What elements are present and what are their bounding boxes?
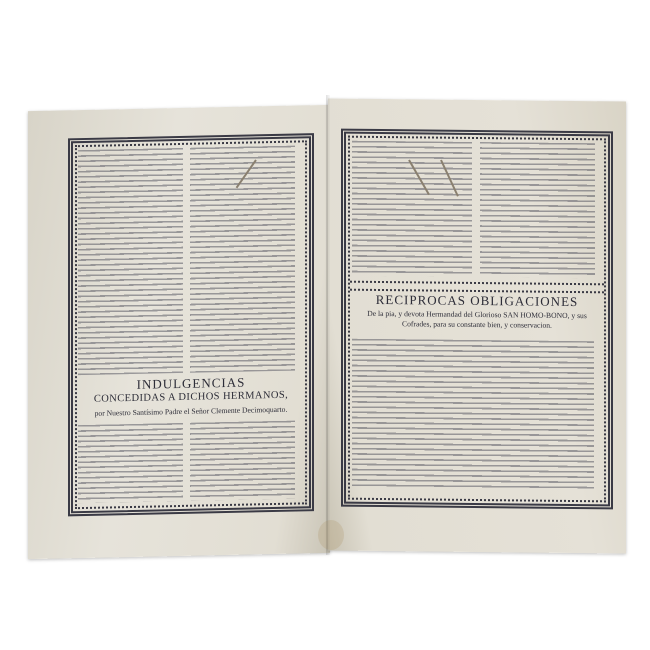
text-column-right-top [480,142,595,278]
text-column-right-bottom [190,421,295,501]
heading-byline: Cofrades, para su constante bien, y cons… [341,319,613,331]
water-stain [318,520,344,550]
text-column-left-bottom [78,423,183,503]
text-body-full-width [352,339,594,492]
page-fold-crease [326,95,330,555]
obligaciones-heading-block: RECIPROCAS OBLIGACIONES De la pia, y dev… [341,292,613,345]
heading-title: RECIPROCAS OBLIGACIONES [341,292,613,311]
right-page: RECIPROCAS OBLIGACIONES De la pia, y dev… [328,98,626,553]
left-page: 5. También, cuando se fundare la misma I… [28,105,330,559]
text-column-left-top [352,141,472,277]
heading-byline: por Nuestro Santísimo Padre el Señor Cle… [68,404,314,418]
